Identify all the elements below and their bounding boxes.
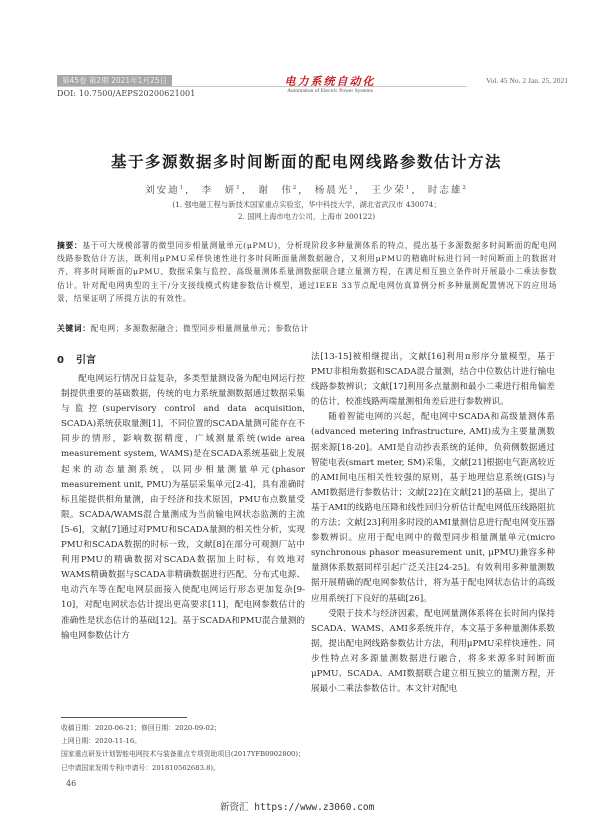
footnote-funding: 国家重点研发计划智能电网技术与装备重点专项资助项目(2017YFB0902800… (61, 748, 305, 774)
keywords: 关键词：配电网；多源数据融合；微型同步相量测量单元；参数估计 (57, 323, 557, 334)
author-list: 刘安迪1， 李 妍1， 谢 伟2， 杨晨光1， 王少荣1， 时志雄2 (0, 182, 613, 196)
body-column-right: 法[13-15]被相继提出，文献[16]利用π形序分量模型，基于PMU非相角数据… (311, 350, 555, 697)
author: 杨晨光 (315, 185, 350, 196)
doi-link[interactable]: DOI: 10.7500/AEPS20200621001 (57, 89, 195, 98)
article-title: 基于多源数据多时间断面的配电网线路参数估计方法 (0, 150, 613, 172)
author: 刘安迪 (145, 185, 180, 196)
body-paragraph: 受限于技术与经济因素，配电网量测体系将在长时间内保持SCADA、WAMS、AMI… (311, 607, 555, 698)
footnote-received: 收稿日期：2020-06-21；修回日期：2020-09-02； (61, 722, 305, 735)
affiliation-2: 2. 国网上海市电力公司，上海市 200122) (0, 212, 613, 222)
section-number: 0 (57, 355, 64, 366)
page-number: 46 (66, 779, 76, 788)
body-paragraph: 随着智能电网的兴起，配电网中SCADA和高级量测体系(advanced mete… (311, 410, 555, 606)
body-paragraph: 配电网运行情况日益复杂，多类型量测设备为配电网运行控制提供重要的基础数据，传统的… (61, 372, 305, 644)
abstract-text: 基于可大规模部署的微型同步相量测量单元(μPMU)，分析现阶段多种量测体系的特点… (57, 241, 557, 303)
volume-info: Vol. 45 No. 2 Jan. 25, 2021 (486, 76, 568, 85)
body-paragraph: 法[13-15]被相继提出，文献[16]利用π形序分量模型，基于PMU非相角数据… (311, 350, 555, 410)
journal-logo-en: Automation of Electric Power Systems (260, 88, 400, 94)
author: 谢 伟 (258, 185, 293, 196)
keywords-label: 关键词： (57, 324, 91, 333)
section-heading-introduction: 0引言 (57, 351, 96, 366)
header-divider (57, 86, 467, 87)
journal-logo-cn: 电力系统自动化 (270, 73, 390, 89)
abstract: 摘要：基于可大规模部署的微型同步相量测量单元(μPMU)，分析现阶段多种量测体系… (57, 239, 557, 305)
author: 时志雄 (428, 185, 463, 196)
body-column-left: 配电网运行情况日益复杂，多类型量测设备为配电网运行控制提供重要的基础数据，传统的… (61, 372, 305, 644)
author: 李 妍 (202, 185, 237, 196)
author: 王少荣 (371, 185, 406, 196)
affiliation-1: (1. 强电磁工程与新技术国家重点实验室，华中科技大学，湖北省武汉市 43007… (0, 200, 613, 210)
watermark: 新资汇 https://www.z3060.com (220, 799, 374, 813)
section-title: 引言 (76, 355, 96, 366)
journal-header: 第45卷 第2期 2021年1月25日 DOI: 10.7500/AEPS202… (0, 0, 613, 100)
footnote-online: 上网日期：2020-11-16。 (61, 735, 305, 748)
keywords-text: 配电网；多源数据融合；微型同步相量测量单元；参数估计 (91, 324, 309, 333)
footnote-divider (61, 717, 187, 718)
abstract-label: 摘要： (57, 241, 82, 250)
footnotes: 收稿日期：2020-06-21；修回日期：2020-09-02； 上网日期：20… (61, 722, 305, 775)
